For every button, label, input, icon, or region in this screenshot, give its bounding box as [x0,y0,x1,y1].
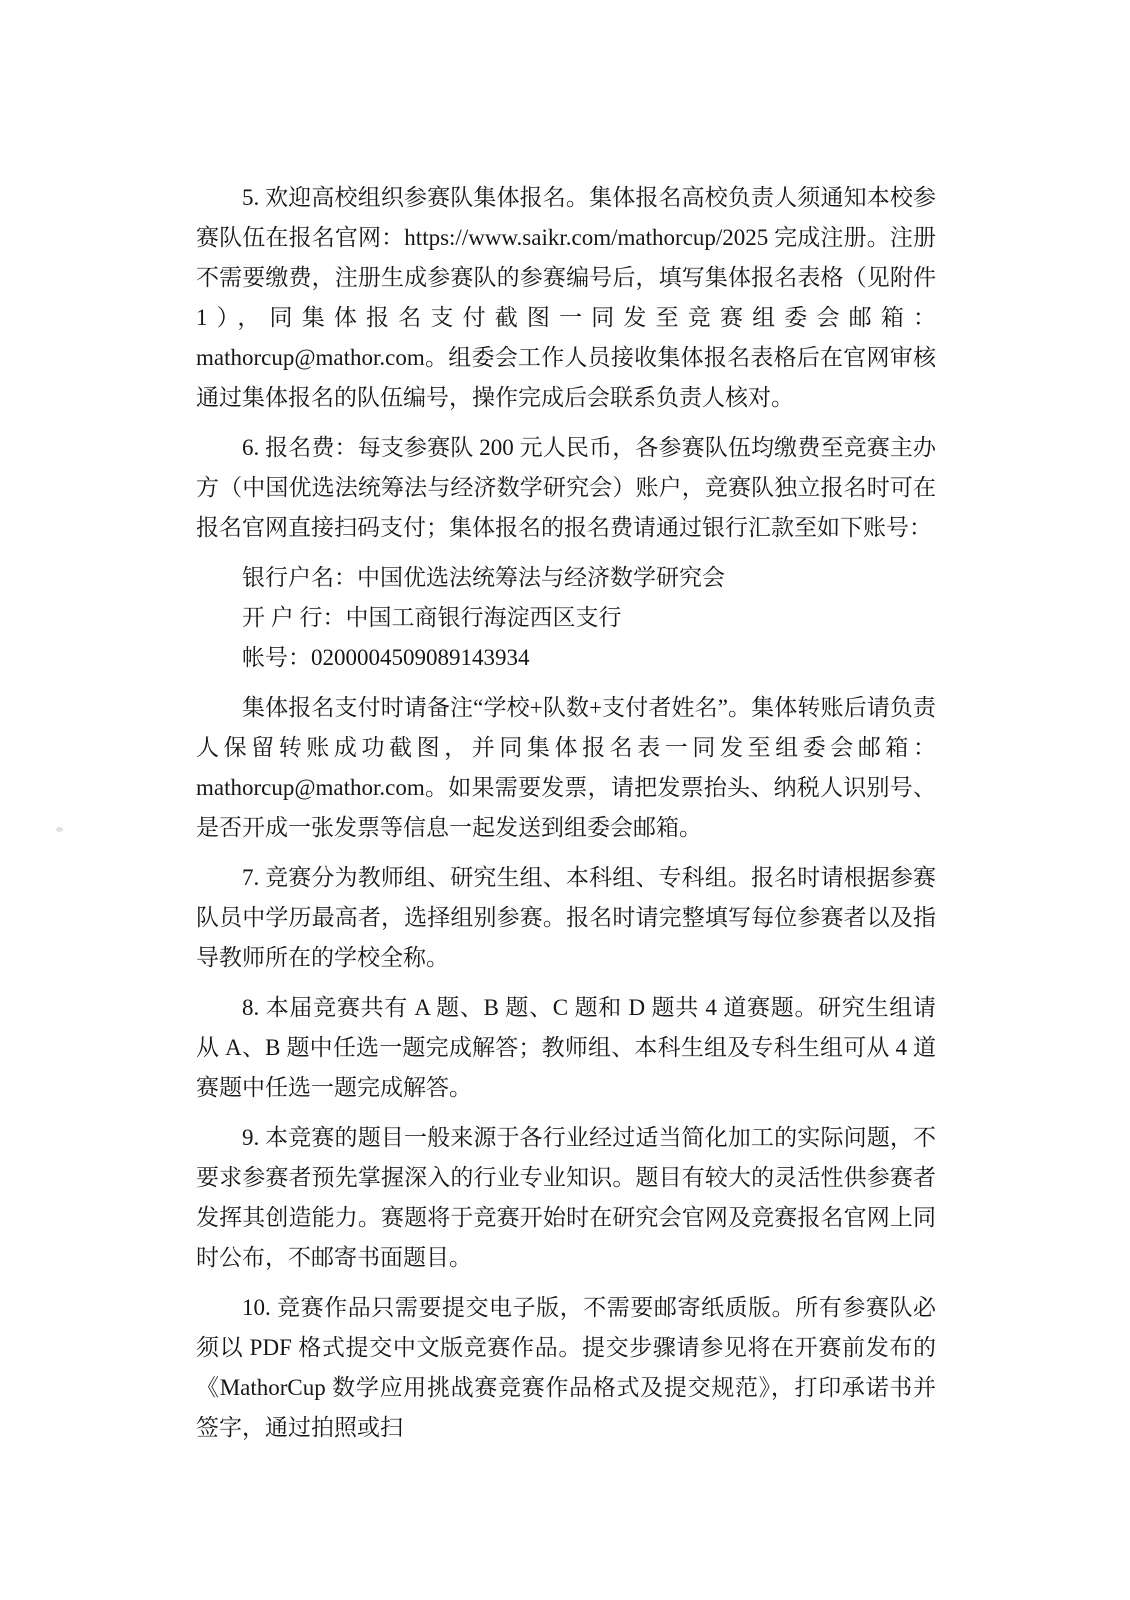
list-item-8-problem-selection: 8. 本届竞赛共有 A 题、B 题、C 题和 D 题共 4 道赛题。研究生组请从… [196,988,936,1108]
list-item-5-collective-registration: 5. 欢迎高校组织参赛队集体报名。集体报名高校负责人须通知本校参赛队伍在报名官网… [196,178,936,418]
list-item-10-submission-format: 10. 竞赛作品只需要提交电子版，不需要邮寄纸质版。所有参赛队必须以 PDF 格… [196,1288,936,1448]
list-item-9-problem-source: 9. 本竞赛的题目一般来源于各行业经过适当简化加工的实际问题，不要求参赛者预先掌… [196,1118,936,1278]
scan-artifact-dot [56,827,63,832]
document-page: 5. 欢迎高校组织参赛队集体报名。集体报名高校负责人须通知本校参赛队伍在报名官网… [0,0,1130,1600]
list-item-6-registration-fee: 6. 报名费：每支参赛队 200 元人民币，各参赛队伍均缴费至竞赛主办方（中国优… [196,428,936,548]
list-item-7-competition-groups: 7. 竞赛分为教师组、研究生组、本科组、专科组。报名时请根据参赛队员中学历最高者… [196,858,936,978]
bank-account-name-line: 银行户名：中国优选法统筹法与经济数学研究会 [196,558,936,598]
payment-remark-paragraph: 集体报名支付时请备注“学校+队数+支付者姓名”。集体转账后请负责人保留转账成功截… [196,688,936,848]
bank-branch-line: 开 户 行：中国工商银行海淀西区支行 [196,598,936,638]
bank-account-number-line: 帐号：0200004509089143934 [196,638,936,678]
document-body: 5. 欢迎高校组织参赛队集体报名。集体报名高校负责人须通知本校参赛队伍在报名官网… [196,178,936,1458]
